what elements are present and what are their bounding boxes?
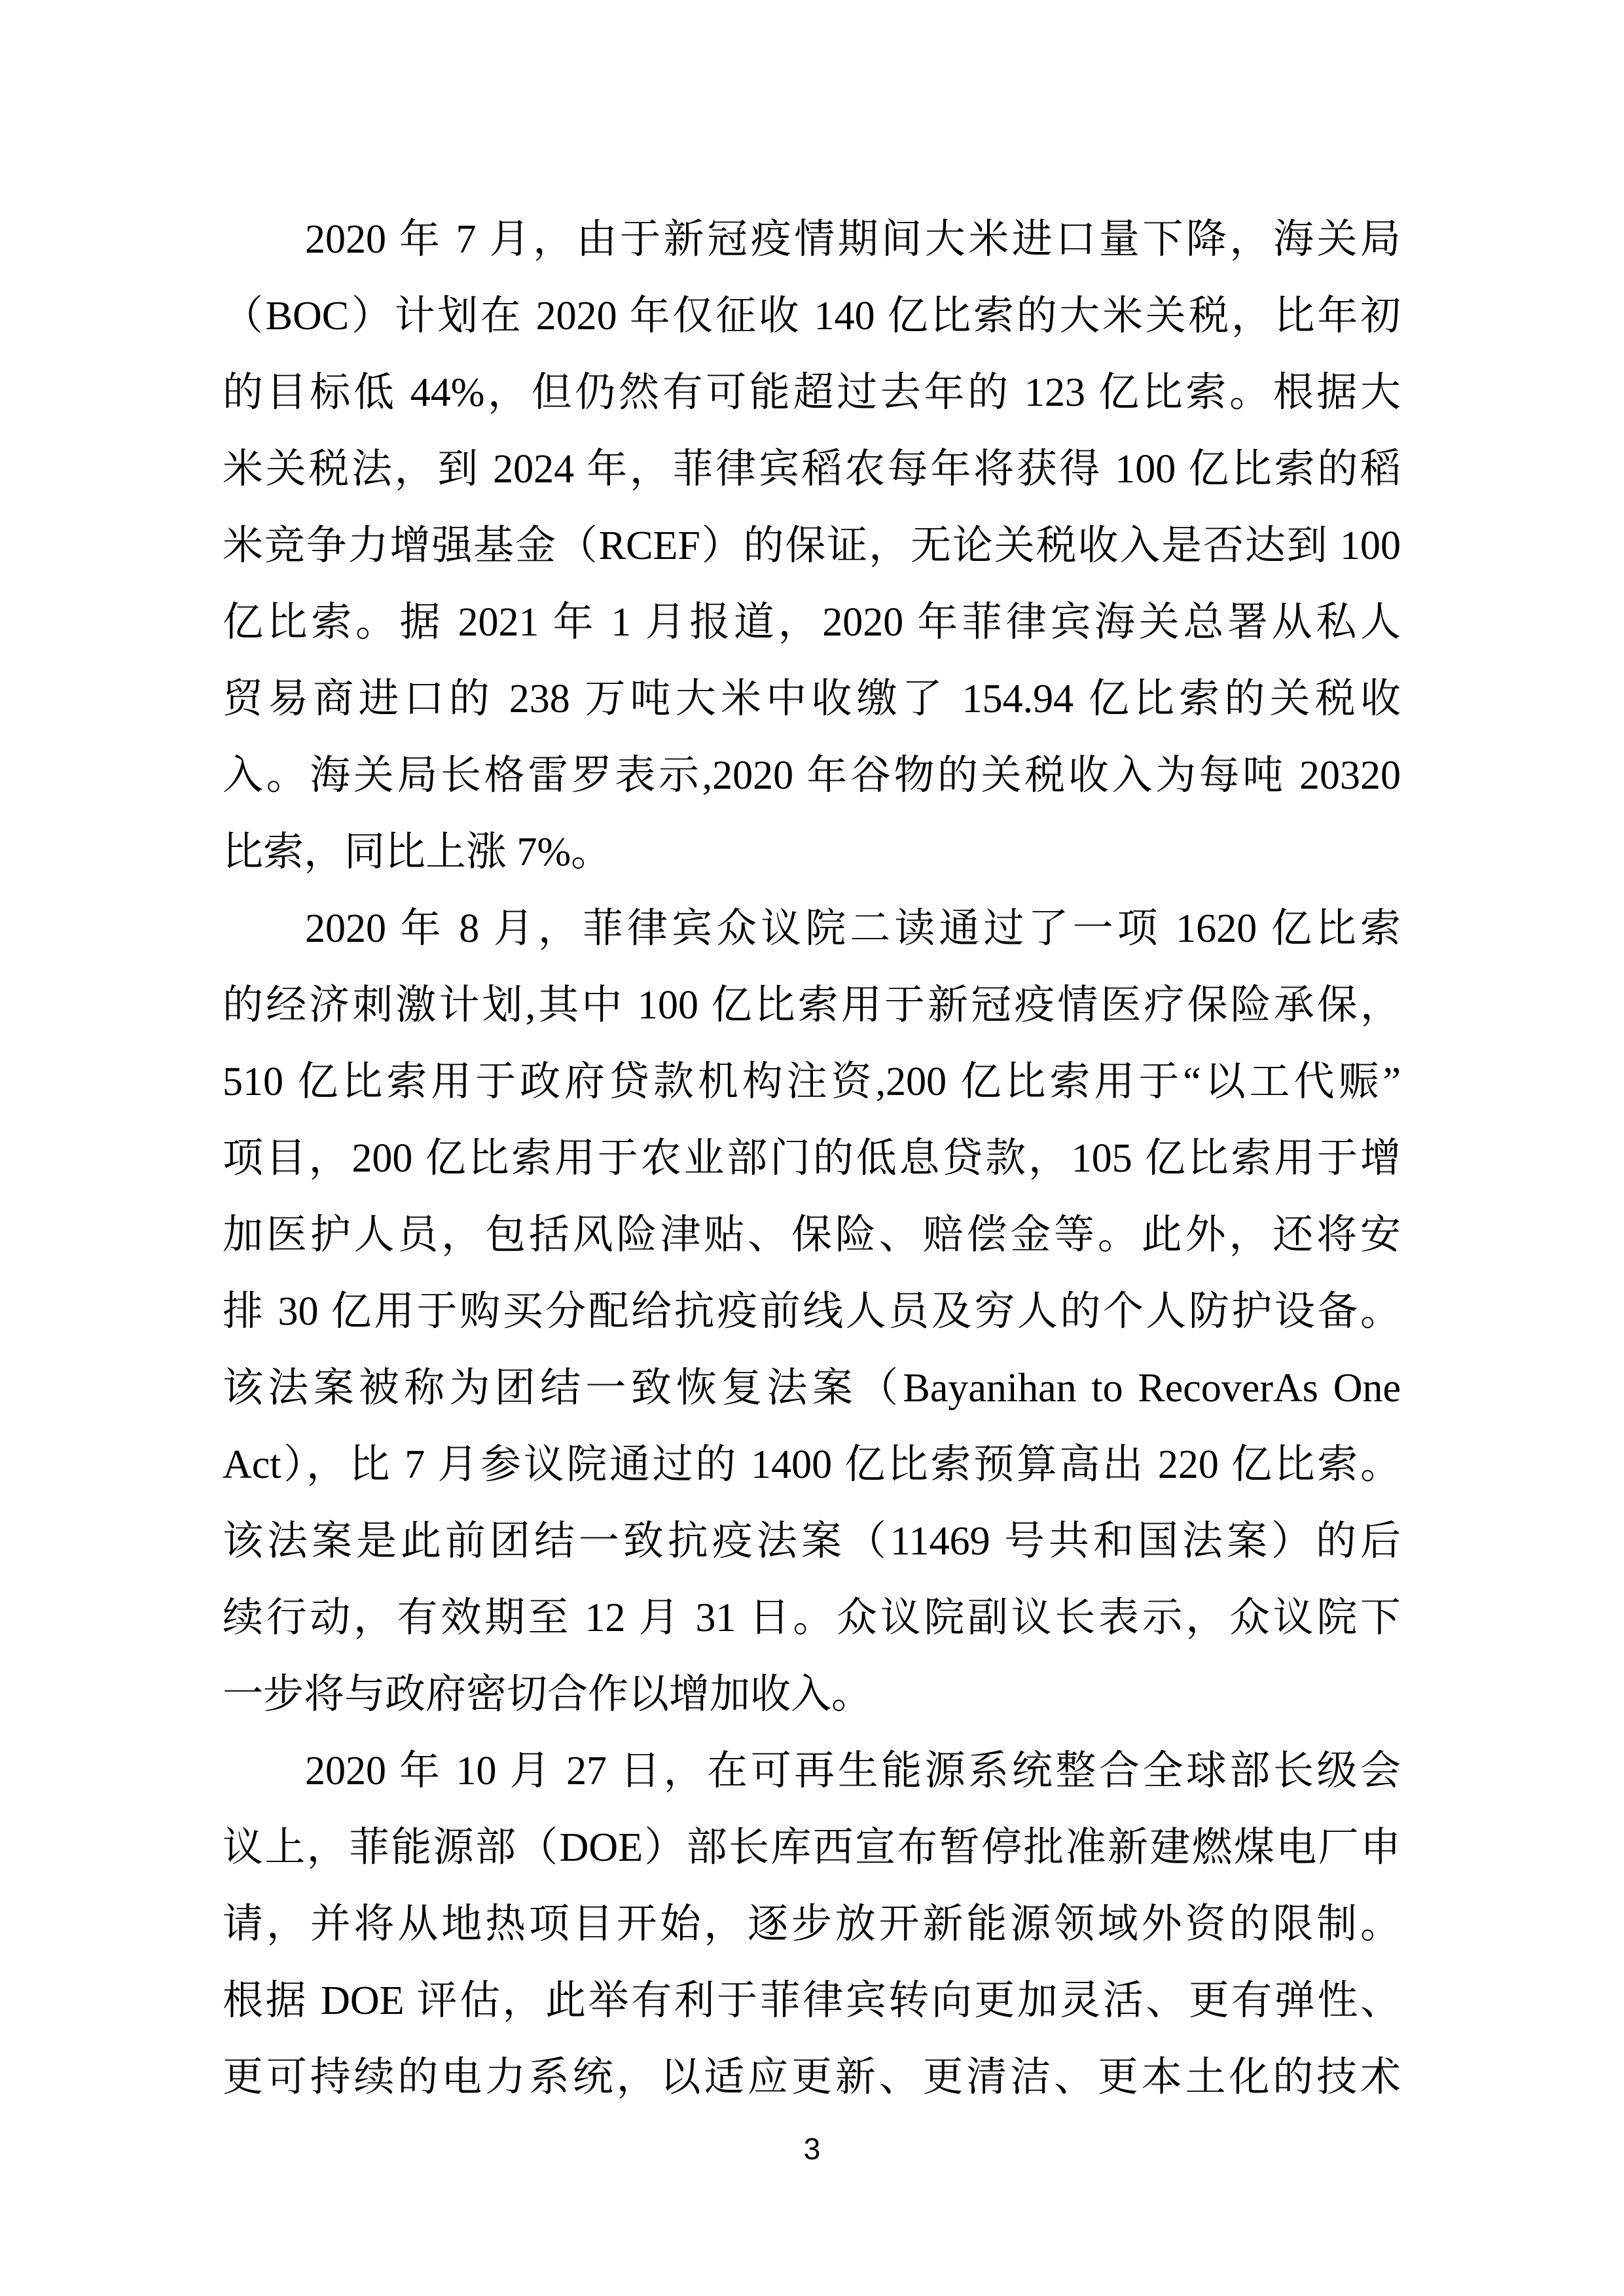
- text-line: 亿比索。据 2021 年 1 月报道，2020 年菲律宾海关总署从私人: [223, 584, 1401, 661]
- text-line: 议上，菲能源部（DOE）部长库西宣布暂停批准新建燃煤电厂申: [223, 1810, 1401, 1886]
- text-line: 米竞争力增强基金（RCEF）的保证，无论关税收入是否达到 100: [223, 508, 1401, 584]
- page-number: 3: [0, 2126, 1624, 2172]
- text-line: 排 30 亿用于购买分配给抗疫前线人员及穷人的个人防护设备。: [223, 1274, 1401, 1350]
- text-line: 2020 年 10 月 27 日，在可再生能源系统整合全球部长级会: [223, 1733, 1401, 1810]
- text-line: 一步将与政府密切合作以增加收入。: [223, 1657, 1401, 1733]
- text-line: 米关税法，到 2024 年，菲律宾稻农每年将获得 100 亿比索的稻: [223, 431, 1401, 508]
- text-line: 该法案被称为团结一致恢复法案（Bayanihan to RecoverAs On…: [223, 1350, 1401, 1427]
- text-line: 该法案是此前团结一致抗疫法案（11469 号共和国法案）的后: [223, 1503, 1401, 1580]
- text-line: 入。海关局长格雷罗表示,2020 年谷物的关税收入为每吨 20320: [223, 738, 1401, 814]
- text-line: 贸易商进口的 238 万吨大米中收缴了 154.94 亿比索的关税收: [223, 661, 1401, 738]
- text-line: 项目，200 亿比索用于农业部门的低息贷款，105 亿比索用于增: [223, 1121, 1401, 1197]
- document-page: 2020 年 7 月，由于新冠疫情期间大米进口量下降，海关局（BOC）计划在 2…: [0, 0, 1624, 2296]
- text-line: 比索，同比上涨 7%。: [223, 814, 1401, 891]
- text-line: Act），比 7 月参议院通过的 1400 亿比索预算高出 220 亿比索。: [223, 1427, 1401, 1503]
- text-line: 加医护人员，包括风险津贴、保险、赔偿金等。此外，还将安: [223, 1197, 1401, 1274]
- text-line: 510 亿比索用于政府贷款机构注资,200 亿比索用于“以工代赈”: [223, 1044, 1401, 1121]
- text-line: 的目标低 44%，但仍然有可能超过去年的 123 亿比索。根据大: [223, 355, 1401, 431]
- text-line: （BOC）计划在 2020 年仅征收 140 亿比索的大米关税，比年初: [223, 278, 1401, 355]
- text-line: 2020 年 8 月，菲律宾众议院二读通过了一项 1620 亿比索: [223, 891, 1401, 967]
- text-line: 根据 DOE 评估，此举有利于菲律宾转向更加灵活、更有弹性、: [223, 1963, 1401, 2039]
- text-line: 2020 年 7 月，由于新冠疫情期间大米进口量下降，海关局: [223, 202, 1401, 278]
- text-line: 的经济刺激计划,其中 100 亿比索用于新冠疫情医疗保险承保，: [223, 967, 1401, 1044]
- text-block: 2020 年 7 月，由于新冠疫情期间大米进口量下降，海关局（BOC）计划在 2…: [223, 202, 1401, 2116]
- text-line: 更可持续的电力系统，以适应更新、更清洁、更本土化的技术: [223, 2039, 1401, 2116]
- text-line: 续行动，有效期至 12 月 31 日。众议院副议长表示，众议院下: [223, 1580, 1401, 1657]
- text-line: 请，并将从地热项目开始，逐步放开新能源领域外资的限制。: [223, 1886, 1401, 1963]
